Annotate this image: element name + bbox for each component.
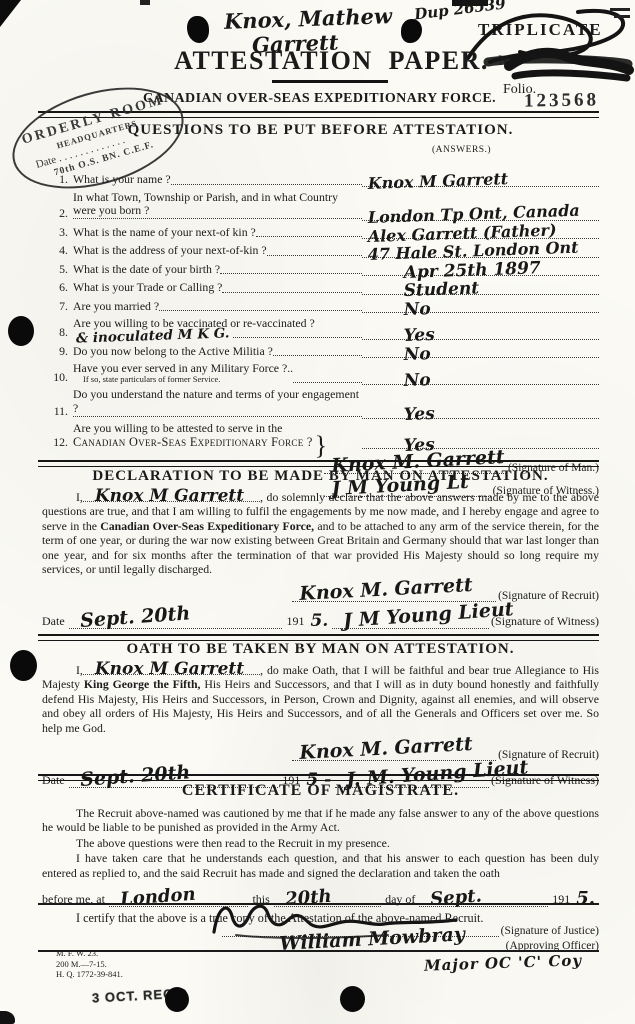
question-row-7: 7. Are you married ? No	[42, 298, 599, 313]
year-handwriting: 5.	[576, 888, 595, 909]
question-row-2: 2. In what Town, Township or Parish, and…	[42, 191, 599, 221]
witness-signature-handwriting: J M Young Lieut	[343, 599, 515, 633]
recruit-signature-handwriting: Knox M. Garrett	[299, 733, 473, 764]
date-line: Sept. 20th	[69, 613, 283, 629]
question-row-3: 3. What is the name of your next-of kin …	[42, 224, 599, 239]
question-text: What is the date of your birth ?	[73, 262, 220, 276]
question-row-1: 1. What is your name ? Knox M Garrett	[42, 172, 599, 187]
ink-blot	[187, 16, 209, 43]
questions-header: QUESTIONS TO BE PUT BEFORE ATTESTATION.	[42, 122, 599, 139]
question-text: What is your name ?	[73, 172, 171, 186]
question-subtext: If so, state particulars of former Servi…	[83, 375, 293, 385]
answer-handwriting: Knox M Garrett	[368, 173, 509, 191]
question-row-10: 10. Have you ever served in any Military…	[42, 362, 599, 385]
question-number: 8.	[42, 326, 73, 340]
question-row-9: 9. Do you now belong to the Active Milit…	[42, 343, 599, 358]
answer-line: London Tp Ont, Canada	[362, 206, 599, 221]
hole-punch	[8, 316, 34, 346]
dotted-leader	[73, 416, 362, 417]
signature-line: Knox M. Garrett	[292, 745, 496, 761]
dotted-leader	[273, 355, 362, 356]
answer-line: No	[362, 370, 599, 385]
questions-section: QUESTIONS TO BE PUT BEFORE ATTESTATION. …	[42, 122, 599, 497]
question-text: In what Town, Township or Parish, and in…	[73, 190, 338, 218]
signature-line: Knox M. Garrett	[292, 586, 496, 602]
ink-blot	[401, 19, 422, 43]
question-text: Are you willing to be attested to serve …	[73, 421, 282, 435]
question-number: 3.	[42, 226, 73, 240]
question-row-11: 11. Do you understand the nature and ter…	[42, 388, 599, 418]
question-number: 12.	[42, 436, 73, 450]
dotted-leader	[293, 382, 362, 383]
date-handwriting: Sept. 20th	[79, 603, 190, 633]
dotted-leader	[171, 184, 362, 185]
section-rule	[38, 903, 599, 905]
answer-handwriting: No	[404, 348, 431, 363]
answer-line: Yes	[362, 404, 599, 419]
rank-company-handwriting: Major OC 'C' Coy	[424, 951, 583, 975]
answer-handwriting: Apr 25th 1897	[404, 262, 541, 280]
place-handwriting: London	[120, 884, 197, 910]
question-number: 7.	[42, 300, 73, 314]
year-handwriting: 5.	[310, 611, 328, 631]
question-text: Are you married ?	[73, 299, 159, 313]
i-label: I,	[76, 490, 83, 504]
question-text: Do you understand the nature and terms o…	[73, 387, 359, 415]
witness-signature-line: J M Young Lieut	[332, 613, 489, 629]
answer-handwriting: 47 Hale St. London Ont	[368, 241, 579, 262]
dotted-leader	[220, 273, 362, 274]
declaration-header: DECLARATION TO BE MADE BY MAN ON ATTESTA…	[42, 468, 599, 485]
dotted-leader	[222, 292, 362, 293]
answer-line: Student	[362, 280, 599, 295]
question-text: Do you now belong to the Active Militia …	[73, 344, 273, 358]
edge-ink-mark	[610, 8, 630, 11]
answer-handwriting: No	[404, 374, 431, 389]
title-underline	[272, 80, 388, 83]
certificate-para1: The Recruit above-named was cautioned by…	[42, 806, 599, 835]
hole-punch	[10, 650, 37, 681]
dotted-leader	[233, 337, 362, 338]
question-row-6: 6. What is your Trade or Calling ? Stude…	[42, 280, 599, 295]
edge-ink-mark	[452, 0, 488, 6]
answer-line: Yes	[362, 325, 599, 340]
question-text: What is your Trade or Calling ?	[73, 280, 222, 294]
edge-ink-mark	[140, 0, 150, 5]
question-row-8: 8. Are you willing to be vaccinated or r…	[42, 317, 599, 340]
answer-line: 47 Hale St. London Ont	[362, 243, 599, 258]
dotted-leader	[256, 236, 362, 237]
edge-ink-mark	[0, 1011, 15, 1024]
certificate-para3: I have taken care that he understands ea…	[42, 851, 599, 880]
question-number: 4.	[42, 244, 73, 258]
questions-list: 1. What is your name ? Knox M Garrett 2.…	[42, 172, 599, 497]
force-bold-text: Canadian Over-Seas Expeditionary Force,	[100, 519, 314, 533]
corner-fold-shadow	[0, 0, 21, 27]
answers-label: (ANSWERS.)	[432, 145, 491, 155]
question-number: 6.	[42, 281, 73, 295]
question-number: 11.	[42, 405, 73, 419]
oath-name-handwriting: Knox M Garrett	[83, 664, 260, 675]
answer-handwriting: No	[404, 303, 431, 318]
section-rule	[38, 634, 599, 641]
section-rule	[38, 774, 599, 781]
answer-line: No	[362, 298, 599, 313]
oath-header: OATH TO BE TAKEN BY MAN ON ATTESTATION.	[42, 641, 599, 658]
true-copy-text: I certify that the above is a true copy …	[42, 911, 599, 925]
dotted-leader	[267, 255, 362, 256]
form-code-2: 200 M.—7-15.	[56, 959, 123, 970]
question-row-5: 5. What is the date of your birth ? Apr …	[42, 261, 599, 276]
question-number: 9.	[42, 345, 73, 359]
recruit-signature-handwriting: Knox M. Garrett	[299, 574, 473, 605]
true-copy-section: I certify that the above is a true copy …	[42, 909, 599, 952]
form-codes: M. F. W. 23. 200 M.—7-15. H. Q. 1772-39-…	[56, 948, 123, 980]
question-text: What is the name of your next-of kin ?	[73, 225, 256, 239]
declaration-section: DECLARATION TO BE MADE BY MAN ON ATTESTA…	[42, 468, 599, 629]
oath-section: OATH TO BE TAKEN BY MAN ON ATTESTATION. …	[42, 641, 599, 788]
question-row-12: 12. Are you willing to be attested to se…	[42, 422, 599, 449]
answer-line: Knox M Garrett	[362, 172, 599, 187]
year-printed: 191	[286, 614, 304, 629]
date-label: Date	[42, 614, 65, 629]
answer-line: No	[362, 343, 599, 358]
certificate-header: CERTIFICATE OF MAGISTRATE.	[42, 782, 599, 800]
ink-scrawl-over-number	[505, 44, 635, 86]
edge-ink-mark	[614, 15, 630, 18]
answer-line: Apr 25th 1897	[362, 261, 599, 276]
king-bold-text: King George the Fifth,	[84, 677, 201, 691]
answer-handwriting: Yes	[404, 408, 436, 423]
handwritten-surname-given: Knox, Mathew	[224, 3, 393, 34]
form-code-3: H. Q. 1772-39-841.	[56, 969, 123, 980]
answer-line: Alex Garrett (Father)	[362, 224, 599, 239]
declaration-paragraph: I,Knox M Garrett, do solemnly declare th…	[42, 490, 599, 576]
dotted-leader	[159, 310, 362, 311]
hole-punch	[165, 987, 189, 1012]
question-text: Have you ever served in any Military For…	[73, 361, 293, 375]
question-text-smallcaps: Canadian Over-Seas Expeditionary Force ?	[73, 436, 313, 450]
question-text: What is the address of your next-of-kin …	[73, 243, 267, 257]
declaration-recruit-sig-row: Knox M. Garrett (Signature of Recruit)	[42, 586, 599, 602]
question-number: 5.	[42, 263, 73, 277]
question-number: 10.	[42, 371, 73, 385]
declaration-name-handwriting: Knox M Garrett	[83, 491, 260, 502]
dotted-leader	[73, 218, 362, 219]
answer-handwriting: Yes	[404, 329, 436, 344]
hole-punch	[340, 986, 365, 1012]
form-code-1: M. F. W. 23.	[56, 948, 123, 959]
oath-paragraph: I,Knox M Garrett, do make Oath, that I w…	[42, 663, 599, 735]
question-number: 2.	[42, 207, 73, 221]
answer-handwriting: Student	[404, 282, 480, 298]
brace-glyph: }	[315, 441, 327, 451]
certificate-para2: The above questions were then read to th…	[42, 836, 599, 850]
i-label: I,	[76, 663, 83, 677]
question-row-4: 4. What is the address of your next-of-k…	[42, 243, 599, 258]
section-rule	[38, 460, 599, 467]
attestation-paper-scan: Knox, Mathew Garrett Dup 26539 TRIPLICAT…	[0, 0, 635, 1024]
declaration-date-row: Date Sept. 20th 191 5. J M Young Lieut (…	[42, 611, 599, 629]
question-number: 1.	[42, 173, 73, 187]
